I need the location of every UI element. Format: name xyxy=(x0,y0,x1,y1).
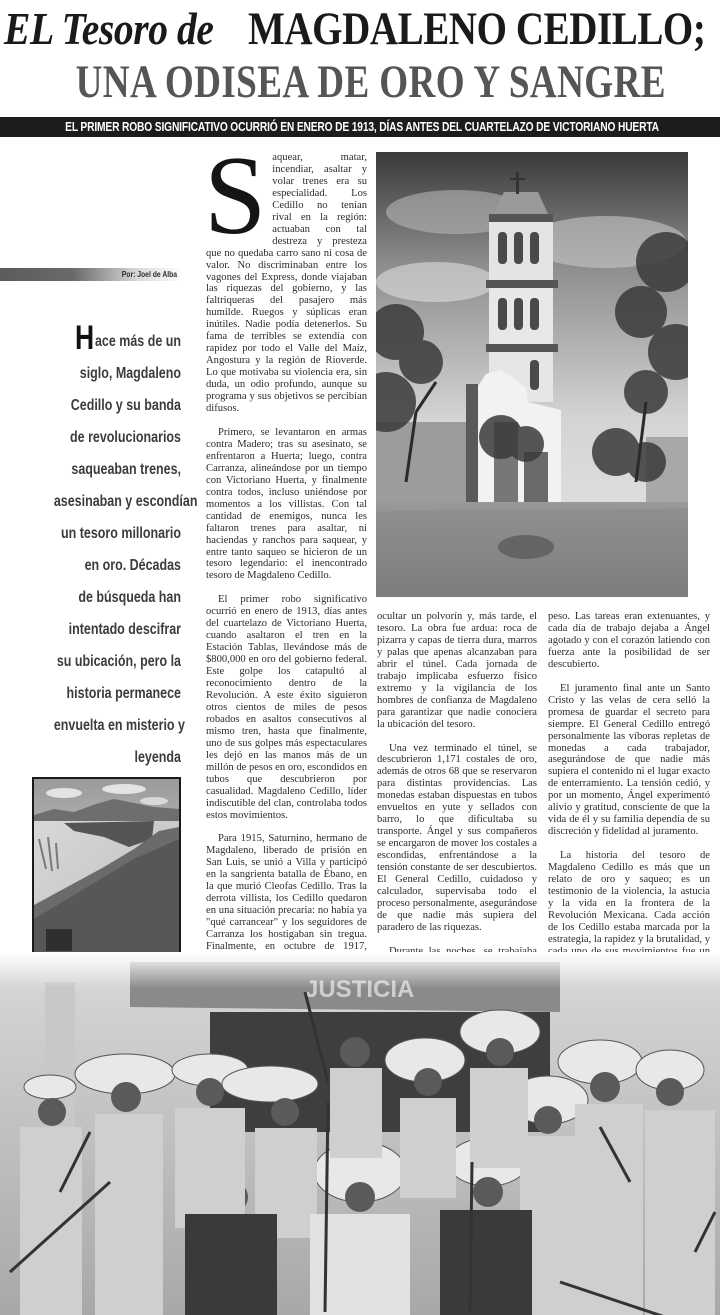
revolutionaries-group-photo: JUSTICIA xyxy=(0,952,720,1315)
pull-quote-text: ace más de un xyxy=(95,333,181,350)
pull-quote-line: asesinaban y escondían xyxy=(54,486,181,518)
landscape-photo xyxy=(32,777,181,957)
article-paragraph: ocultar un polvorín y, más tarde, el tes… xyxy=(377,611,537,731)
church-photo xyxy=(376,152,688,597)
pull-quote-line: saqueaban trenes, xyxy=(54,454,181,486)
deck-text: EL PRIMER ROBO SIGNIFICATIVO OCURRIÓ EN … xyxy=(65,117,659,137)
pull-quote-line: de búsqueda han xyxy=(54,582,181,614)
article-paragraph: Para 1915, Saturnino, hermano de Magdale… xyxy=(206,833,367,960)
body-drop-cap: S xyxy=(206,156,266,240)
pull-quote-line: un tesoro millonario xyxy=(54,518,181,550)
article-column-2: ocultar un polvorín y, más tarde, el tes… xyxy=(377,611,537,961)
pull-quote-line: en oro. Décadas xyxy=(54,550,181,582)
pull-quote-line: su ubicación, pero la xyxy=(54,646,181,678)
article-paragraph: El juramento final ante un Santo Cristo … xyxy=(548,683,710,838)
pull-quote-line: de revolucionarios xyxy=(54,422,181,454)
byline: Por: Joel de Alba xyxy=(122,268,177,281)
article-paragraph: Primero, se levantaron en armas contra M… xyxy=(206,427,367,582)
deck-bar: EL PRIMER ROBO SIGNIFICATIVO OCURRIÓ EN … xyxy=(0,117,720,137)
headline-line-2: UNA ODISEA DE ORO Y SANGRE xyxy=(76,58,645,106)
pull-quote-line: Cedillo y su banda xyxy=(54,390,181,422)
article-paragraph: El primer robo significativo ocurrió en … xyxy=(206,594,367,821)
article-column-1: S aquear, matar, incendiar, asaltar y vo… xyxy=(206,152,367,960)
pull-quote-line: intentado descifrar xyxy=(54,614,181,646)
headline-italic: EL Tesoro de xyxy=(4,6,213,52)
headline-bold: MAGDALENO CEDILLO; xyxy=(248,6,705,52)
byline-bar: Por: Joel de Alba xyxy=(0,268,183,281)
pull-quote-line: historia permanece xyxy=(54,678,181,710)
group-photo-art: JUSTICIA xyxy=(0,952,720,1315)
pull-quote-drop-cap: H xyxy=(75,319,94,357)
church-photo-art xyxy=(376,152,688,597)
headline-line-1: EL Tesoro de MAGDALENO CEDILLO; xyxy=(4,6,720,54)
pull-quote-line: leyenda xyxy=(54,742,181,774)
pull-quote-line: Hace más de un xyxy=(54,326,181,358)
article-paragraph: Una vez terminado el túnel, se descubrie… xyxy=(377,743,537,934)
pull-quote-line: envuelta en misterio y xyxy=(54,710,181,742)
article-paragraph: La historia del tesoro de Magdaleno Cedi… xyxy=(548,850,710,961)
pull-quote-line: siglo, Magdaleno xyxy=(54,358,181,390)
landscape-photo-art xyxy=(34,779,179,955)
article-paragraph: peso. Las tareas eran extenuantes, y cad… xyxy=(548,611,710,671)
article-column-3: peso. Las tareas eran extenuantes, y cad… xyxy=(548,611,710,961)
pull-quote: Hace más de un siglo, Magdaleno Cedillo … xyxy=(18,326,181,774)
